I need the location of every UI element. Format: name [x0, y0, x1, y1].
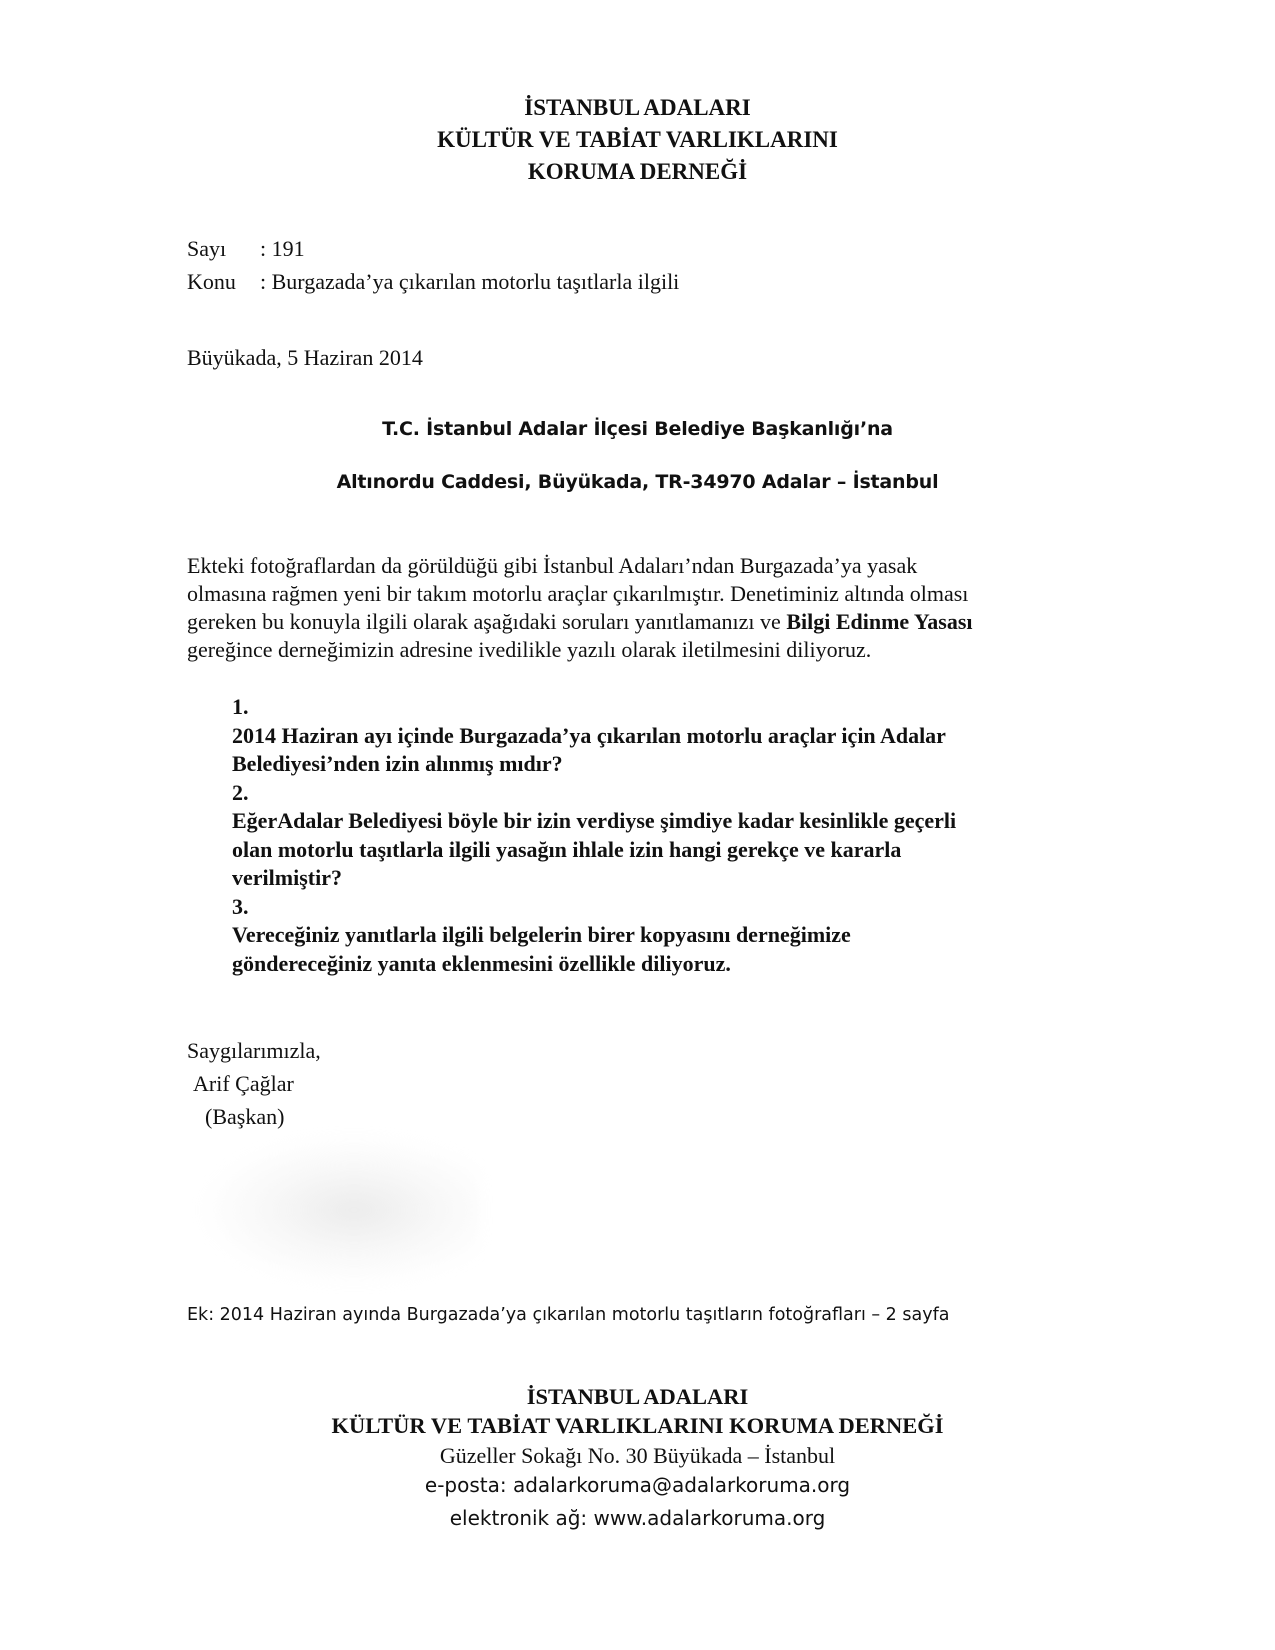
footer-address: Güzeller Sokağı No. 30 Büyükada – İstanb…: [0, 1443, 1275, 1469]
footer-email[interactable]: e-posta: adalarkoruma@adalarkoruma.org: [0, 1473, 1275, 1497]
question-line: verilmiştir?: [232, 864, 956, 893]
question-line: Vereceğiniz yanıtlarla ilgili belgelerin…: [232, 921, 956, 950]
letterhead-line-3: KORUMA DERNEĞİ: [0, 156, 1275, 188]
question-line: olan motorlu taşıtlarla ilgili yasağın i…: [232, 836, 956, 865]
recipient-address: Altınordu Caddesi, Büyükada, TR-34970 Ad…: [0, 471, 1275, 493]
attachment-note: Ek: 2014 Haziran ayında Burgazada’ya çık…: [187, 1305, 949, 1325]
footer-website[interactable]: elektronik ağ: www.adalarkoruma.org: [0, 1506, 1275, 1530]
subject-value: : Burgazada’ya çıkarılan motorlu taşıtla…: [260, 269, 679, 295]
letterhead-line-2: KÜLTÜR VE TABİAT VARLIKLARINI: [0, 124, 1275, 156]
signatory-title: (Başkan): [205, 1104, 284, 1130]
closing-salutation: Saygılarımızla,: [187, 1038, 321, 1064]
question-number: 3.: [232, 893, 956, 922]
questions-list: 1. 2014 Haziran ayı içinde Burgazada’ya …: [232, 693, 956, 978]
question-line: göndereceğiniz yanıta eklenmesini özelli…: [232, 950, 956, 979]
body-line-1: Ekteki fotoğraflardan da görüldüğü gibi …: [187, 552, 1087, 580]
question-3: 3. Vereceğiniz yanıtlarla ilgili belgele…: [232, 893, 956, 979]
signatory-name: Arif Çağlar: [193, 1071, 294, 1097]
question-1: 1. 2014 Haziran ayı içinde Burgazada’ya …: [232, 693, 956, 779]
subject-label: Konu: [187, 269, 236, 295]
question-line: 2014 Haziran ayı içinde Burgazada’ya çık…: [232, 722, 956, 751]
law-reference: Bilgi Edinme Yasası: [786, 609, 972, 634]
question-line: Belediyesi’nden izin alınmış mıdır?: [232, 750, 956, 779]
signature-image: [200, 1135, 480, 1285]
body-line-2: olmasına rağmen yeni bir takım motorlu a…: [187, 580, 1087, 608]
body-paragraph: Ekteki fotoğraflardan da görüldüğü gibi …: [187, 552, 1087, 664]
footer-org-line-2: KÜLTÜR VE TABİAT VARLIKLARINI KORUMA DER…: [0, 1413, 1275, 1439]
body-line-3: gereken bu konuyla ilgili olarak aşağıda…: [187, 608, 1087, 636]
reference-number-value: : 191: [260, 236, 305, 262]
date-line: Büyükada, 5 Haziran 2014: [187, 345, 423, 371]
question-line: EğerAdalar Belediyesi böyle bir izin ver…: [232, 807, 956, 836]
reference-number-label: Sayı: [187, 236, 226, 262]
question-number: 2.: [232, 779, 956, 808]
question-number: 1.: [232, 693, 956, 722]
letterhead: İSTANBUL ADALARI KÜLTÜR VE TABİAT VARLIK…: [0, 92, 1275, 188]
letterhead-line-1: İSTANBUL ADALARI: [0, 92, 1275, 124]
body-line-3-text: gereken bu konuyla ilgili olarak aşağıda…: [187, 609, 786, 634]
body-line-4: gereğince derneğimizin adresine ivedilik…: [187, 636, 1087, 664]
recipient-name: T.C. İstanbul Adalar İlçesi Belediye Baş…: [0, 418, 1275, 440]
footer-org-line-1: İSTANBUL ADALARI: [0, 1384, 1275, 1410]
question-2: 2. EğerAdalar Belediyesi böyle bir izin …: [232, 779, 956, 893]
